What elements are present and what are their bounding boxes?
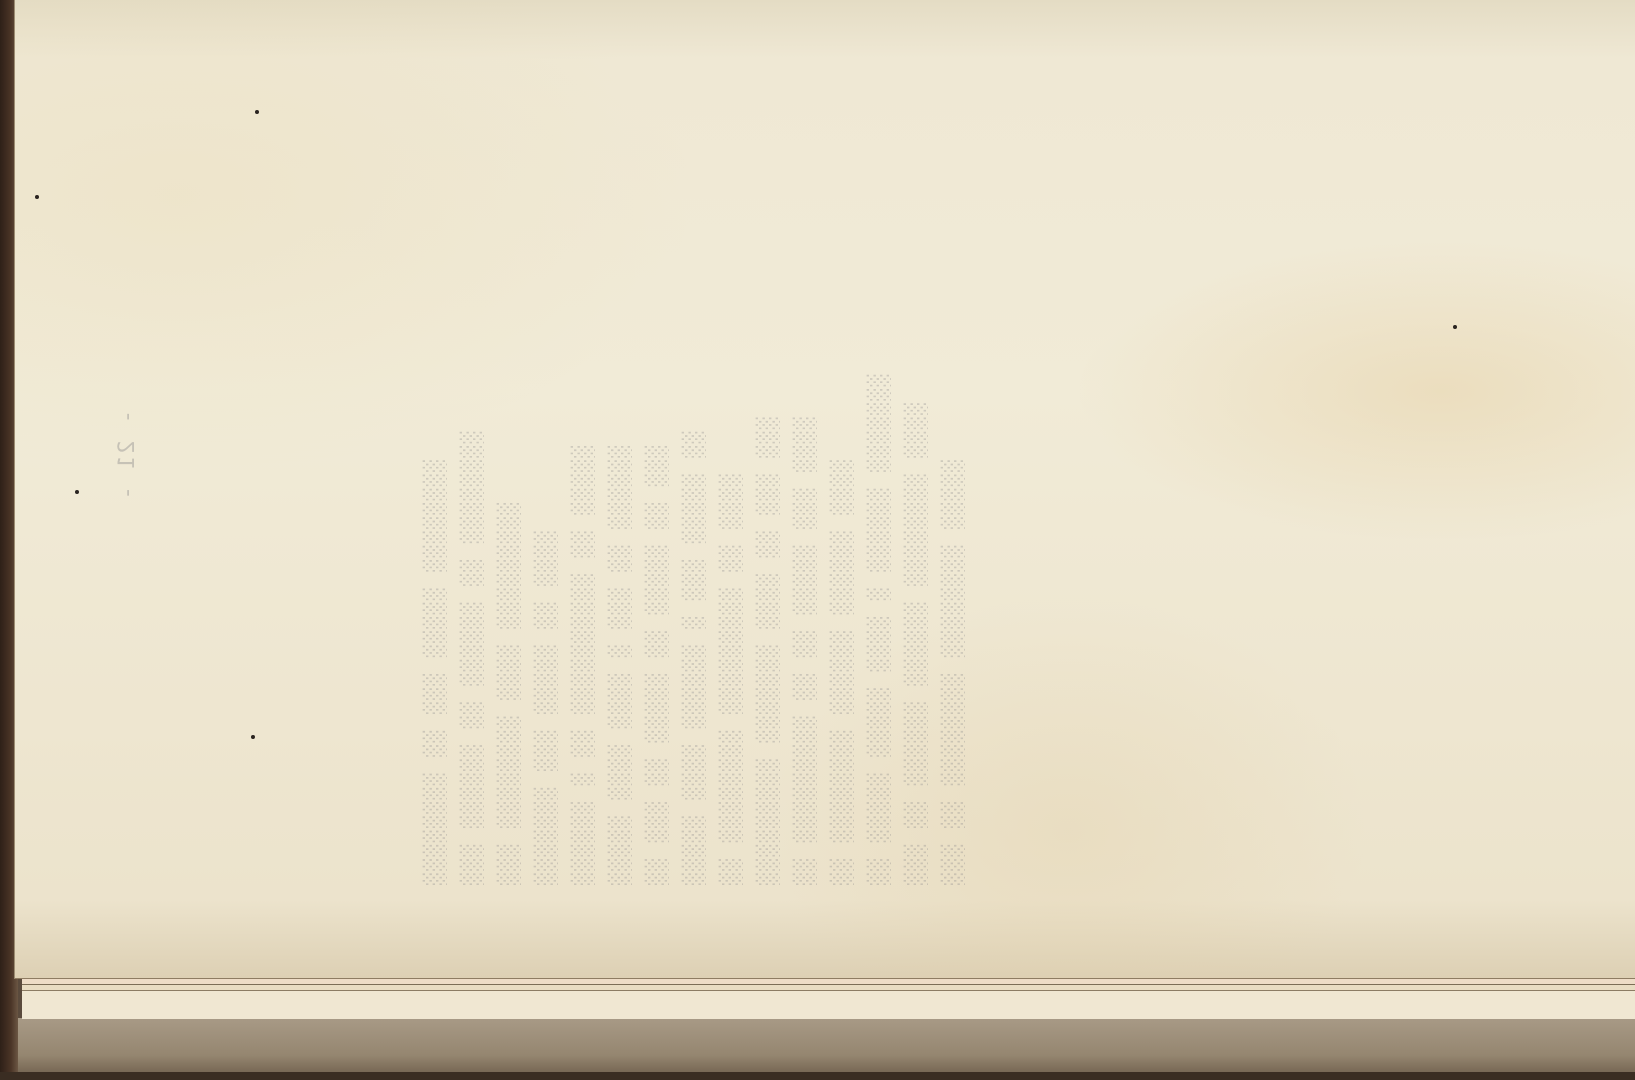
book-cover-board [18, 1018, 1635, 1080]
page-number: - 21 - [115, 410, 140, 501]
ghost-text-line: ░░ ░░░░░░░░ ░░░░░░░░░ ░░ ░░░░ [718, 95, 743, 885]
ghost-text-line: ░░░░░░░░░ ░░░░░░░ ░░░░ ░░ ░░░ ░░░ [755, 95, 780, 885]
ink-speck [251, 735, 255, 739]
ghost-text-line: ░░ ░░░░░ ░░░░░ ░░░░ ░ ░░░░░░ ░░░░░░░ [866, 95, 891, 885]
ghost-text-line: ░░░░░ ░░░░ ░░░░░░ ░ ░░░ ░░░░░ ░░ [681, 95, 706, 885]
ghost-text-line: ░░ ░░░ ░░ ░░░░░ ░░ ░░░░░ ░░ ░░░ [644, 95, 669, 885]
ink-speck [35, 195, 39, 199]
document-page: - 21 - ░░░ ░░ ░░░░░░░░ ░░░░░░░░ ░░░░░ ░░… [14, 0, 1635, 979]
ghost-text-line: ░░░ ░░ ░░░░░░░░ ░░░░░░░░ ░░░░░ [940, 95, 965, 885]
bleed-through-text-block: ░░░ ░░ ░░░░░░░░ ░░░░░░░░ ░░░░░ ░░░ ░░ ░░… [165, 95, 965, 885]
ink-speck [75, 490, 79, 494]
ink-speck [1453, 325, 1457, 329]
ghost-text-line: ░░░░░░░░ ░░ ░░░ ░░░░░ ░░░░░░░░ [422, 95, 447, 885]
ghost-text-line: ░░░░░ ░░░░ ░░░░ ░ ░░░ ░░ ░░░░░░ [607, 95, 632, 885]
ghost-text-line: ░░ ░░░░░░░░░ ░░ ░░ ░░░░░ ░░░ ░░░░ [792, 95, 817, 885]
ghost-text-line: ░░░░░░ ░ ░░ ░░░░░░░░░░ ░░ ░░░░░ [570, 95, 595, 885]
ghost-text-line: ░░░░░░░ ░░░ ░░░░░ ░░ ░░░░ [533, 95, 558, 885]
scan-bed-edge [0, 1072, 1635, 1080]
ghost-text-line: ░░ ░░░░░░░░ ░░░░░░ ░░░░░░ ░░░░ [829, 95, 854, 885]
ghost-text-line: ░░░ ░░░░░░ ░░ ░░░░░░ ░░ ░░░░░░░░ [459, 95, 484, 885]
ink-speck [255, 110, 259, 114]
ghost-text-line: ░░░ ░░░░░░░░ ░░░░ ░░░░░░░░░ [496, 95, 521, 885]
ghost-text-line: ░░░ ░░ ░░░░░░ ░░░░░░ ░░░░░░░░ ░░░░ [903, 95, 928, 885]
page-edge [22, 990, 1635, 1019]
